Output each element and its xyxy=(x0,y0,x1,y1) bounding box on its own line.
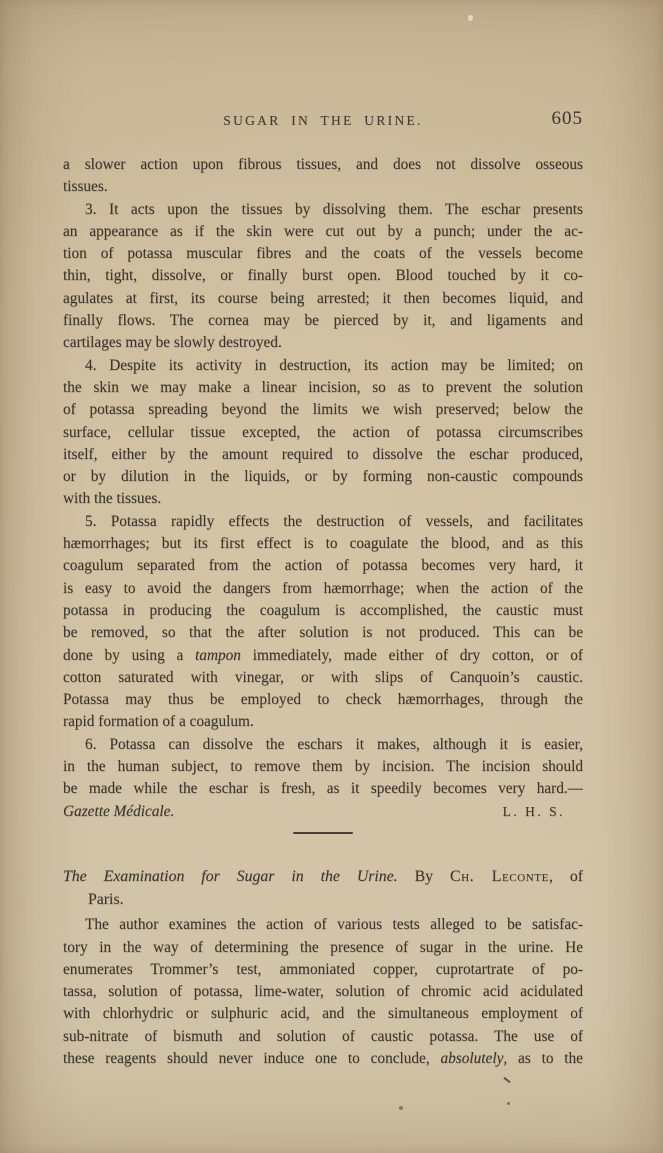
text-line-content: these reagents should never induce one t… xyxy=(63,1050,583,1067)
paper-speck xyxy=(468,15,473,21)
text-line: tassa, solution of potassa, lime-water, … xyxy=(63,981,583,1003)
text-line-content: be made while the eschar is fresh, as it… xyxy=(63,780,583,797)
text-line: coagulum separated from the action of po… xyxy=(63,555,583,577)
text-line: the skin we may make a linear incision, … xyxy=(63,377,583,399)
text-line-content: the skin we may make a linear incision, … xyxy=(63,379,583,396)
text-line: The author examines the action of variou… xyxy=(63,914,583,936)
text-line-content: rapid formation of a coagulum. xyxy=(63,713,254,730)
text-line-content: potassa in producing the coagulum is acc… xyxy=(63,602,583,619)
paper-speck xyxy=(399,1106,403,1110)
text-line: finally flows. The cornea may be pierced… xyxy=(63,310,583,332)
text-line-content: with the tissues. xyxy=(63,490,161,507)
text-line: hæmorrhages; but its first effect is to … xyxy=(63,533,583,555)
text-line: a slower action upon fibrous tissues, an… xyxy=(63,154,583,176)
text-line-content: agulates at first, its course being arre… xyxy=(63,290,583,307)
running-head: SUGAR IN THE URINE. 605 xyxy=(63,112,583,130)
text-line: cotton saturated with vinegar, or with s… xyxy=(63,667,583,689)
text-line-content: tion of potassa muscular fibres and the … xyxy=(63,245,583,262)
text-line-content: or by dilution in the liquids, or by for… xyxy=(63,468,583,485)
text-line-content: enumerates Trommer’s test, ammoniated co… xyxy=(63,961,583,978)
text-line-content: with chlorhydric or sulphuric acid, and … xyxy=(63,1005,583,1022)
text-line-content: tissues. xyxy=(63,178,108,195)
article-2-heading: The Examination for Sugar in the Urine. … xyxy=(63,865,583,911)
text-line-content: 6. Potassa can dissolve the eschars it m… xyxy=(85,736,583,753)
text-line: Paris. xyxy=(63,888,583,911)
text-line-content: of potassa spreading beyond the limits w… xyxy=(63,401,583,418)
text-line: tissues. xyxy=(63,176,583,198)
text-line: sub-nitrate of bismuth and solution of c… xyxy=(63,1026,583,1048)
text-line-content: done by using a tampon immediately, made… xyxy=(63,647,583,664)
text-line: The Examination for Sugar in the Urine. … xyxy=(63,865,583,888)
text-line: Gazette Médicale.L. H. S. xyxy=(63,801,583,823)
text-line-content: itself, either by the amount required to… xyxy=(63,446,583,463)
text-line: of potassa spreading beyond the limits w… xyxy=(63,399,583,421)
text-line: 6. Potassa can dissolve the eschars it m… xyxy=(63,734,583,756)
article-2-body: The author examines the action of variou… xyxy=(63,914,583,1070)
text-line-content: cartilages may be slowly destroyed. xyxy=(63,334,282,351)
text-line: thin, tight, dissolve, or finally burst … xyxy=(63,265,583,287)
text-line: be made while the eschar is fresh, as it… xyxy=(63,778,583,800)
text-line-content: Potassa may thus be employed to check hæ… xyxy=(63,691,583,708)
text-line: tion of potassa muscular fibres and the … xyxy=(63,243,583,265)
text-line-content: be removed, so that the after solution i… xyxy=(63,624,583,641)
text-line-content: surface, cellular tissue excepted, the a… xyxy=(63,424,583,441)
article-1: a slower action upon fibrous tissues, an… xyxy=(63,154,583,823)
text-line-content: thin, tight, dissolve, or finally burst … xyxy=(63,267,583,284)
text-line-content: The Examination for Sugar in the Urine. … xyxy=(63,868,583,885)
text-line: with the tissues. xyxy=(63,488,583,510)
text-line-content: an appearance as if the skin were cut ou… xyxy=(63,223,583,240)
text-line-content: The author examines the action of variou… xyxy=(85,916,583,933)
text-block: SUGAR IN THE URINE. 605 a slower action … xyxy=(63,112,583,1070)
text-line-content: sub-nitrate of bismuth and solution of c… xyxy=(63,1028,583,1045)
page-number: 605 xyxy=(552,108,584,130)
text-line-content: 3. It acts upon the tissues by dissolvin… xyxy=(85,201,583,218)
paper-speck xyxy=(507,1102,510,1105)
text-line-content: tassa, solution of potassa, lime-water, … xyxy=(63,983,583,1000)
text-line: an appearance as if the skin were cut ou… xyxy=(63,221,583,243)
text-line-content: is easy to avoid the dangers from hæmorr… xyxy=(63,580,583,597)
text-line: or by dilution in the liquids, or by for… xyxy=(63,466,583,488)
text-line: 3. It acts upon the tissues by dissolvin… xyxy=(63,199,583,221)
book-page-scan: SUGAR IN THE URINE. 605 a slower action … xyxy=(0,0,663,1153)
text-line: done by using a tampon immediately, made… xyxy=(63,645,583,667)
text-line-content: hæmorrhages; but its first effect is to … xyxy=(63,535,583,552)
text-line: agulates at first, its course being arre… xyxy=(63,288,583,310)
text-line-content: a slower action upon fibrous tissues, an… xyxy=(63,156,583,173)
text-line-content: tory in the way of determining the prese… xyxy=(63,939,583,956)
text-line-content: 5. Potassa rapidly effects the destructi… xyxy=(85,513,583,530)
text-line: in the human subject, to remove them by … xyxy=(63,756,583,778)
pencil-tick-mark xyxy=(503,1077,511,1084)
text-line-content: 4. Despite its activity in destruction, … xyxy=(85,357,583,374)
text-line-content: cotton saturated with vinegar, or with s… xyxy=(63,669,583,686)
text-line: rapid formation of a coagulum. xyxy=(63,711,583,733)
text-line: 4. Despite its activity in destruction, … xyxy=(63,355,583,377)
running-head-title: SUGAR IN THE URINE. xyxy=(223,113,422,128)
text-line: cartilages may be slowly destroyed. xyxy=(63,332,583,354)
text-line: these reagents should never induce one t… xyxy=(63,1048,583,1070)
text-line-content: coagulum separated from the action of po… xyxy=(63,557,583,574)
text-line-content: Paris. xyxy=(88,891,124,908)
text-line-content: Gazette Médicale. xyxy=(63,801,174,823)
text-line: tory in the way of determining the prese… xyxy=(63,937,583,959)
text-line: is easy to avoid the dangers from hæmorr… xyxy=(63,578,583,600)
text-line: enumerates Trommer’s test, ammoniated co… xyxy=(63,959,583,981)
text-line: 5. Potassa rapidly effects the destructi… xyxy=(63,511,583,533)
text-line: Potassa may thus be employed to check hæ… xyxy=(63,689,583,711)
text-line: be removed, so that the after solution i… xyxy=(63,622,583,644)
text-line: with chlorhydric or sulphuric acid, and … xyxy=(63,1003,583,1025)
author-initials: L. H. S. xyxy=(503,801,565,823)
text-line: itself, either by the amount required to… xyxy=(63,444,583,466)
section-divider xyxy=(293,832,353,834)
text-line: surface, cellular tissue excepted, the a… xyxy=(63,422,583,444)
text-line-content: finally flows. The cornea may be pierced… xyxy=(63,312,583,329)
text-line: potassa in producing the coagulum is acc… xyxy=(63,600,583,622)
text-line-content: in the human subject, to remove them by … xyxy=(63,758,583,775)
